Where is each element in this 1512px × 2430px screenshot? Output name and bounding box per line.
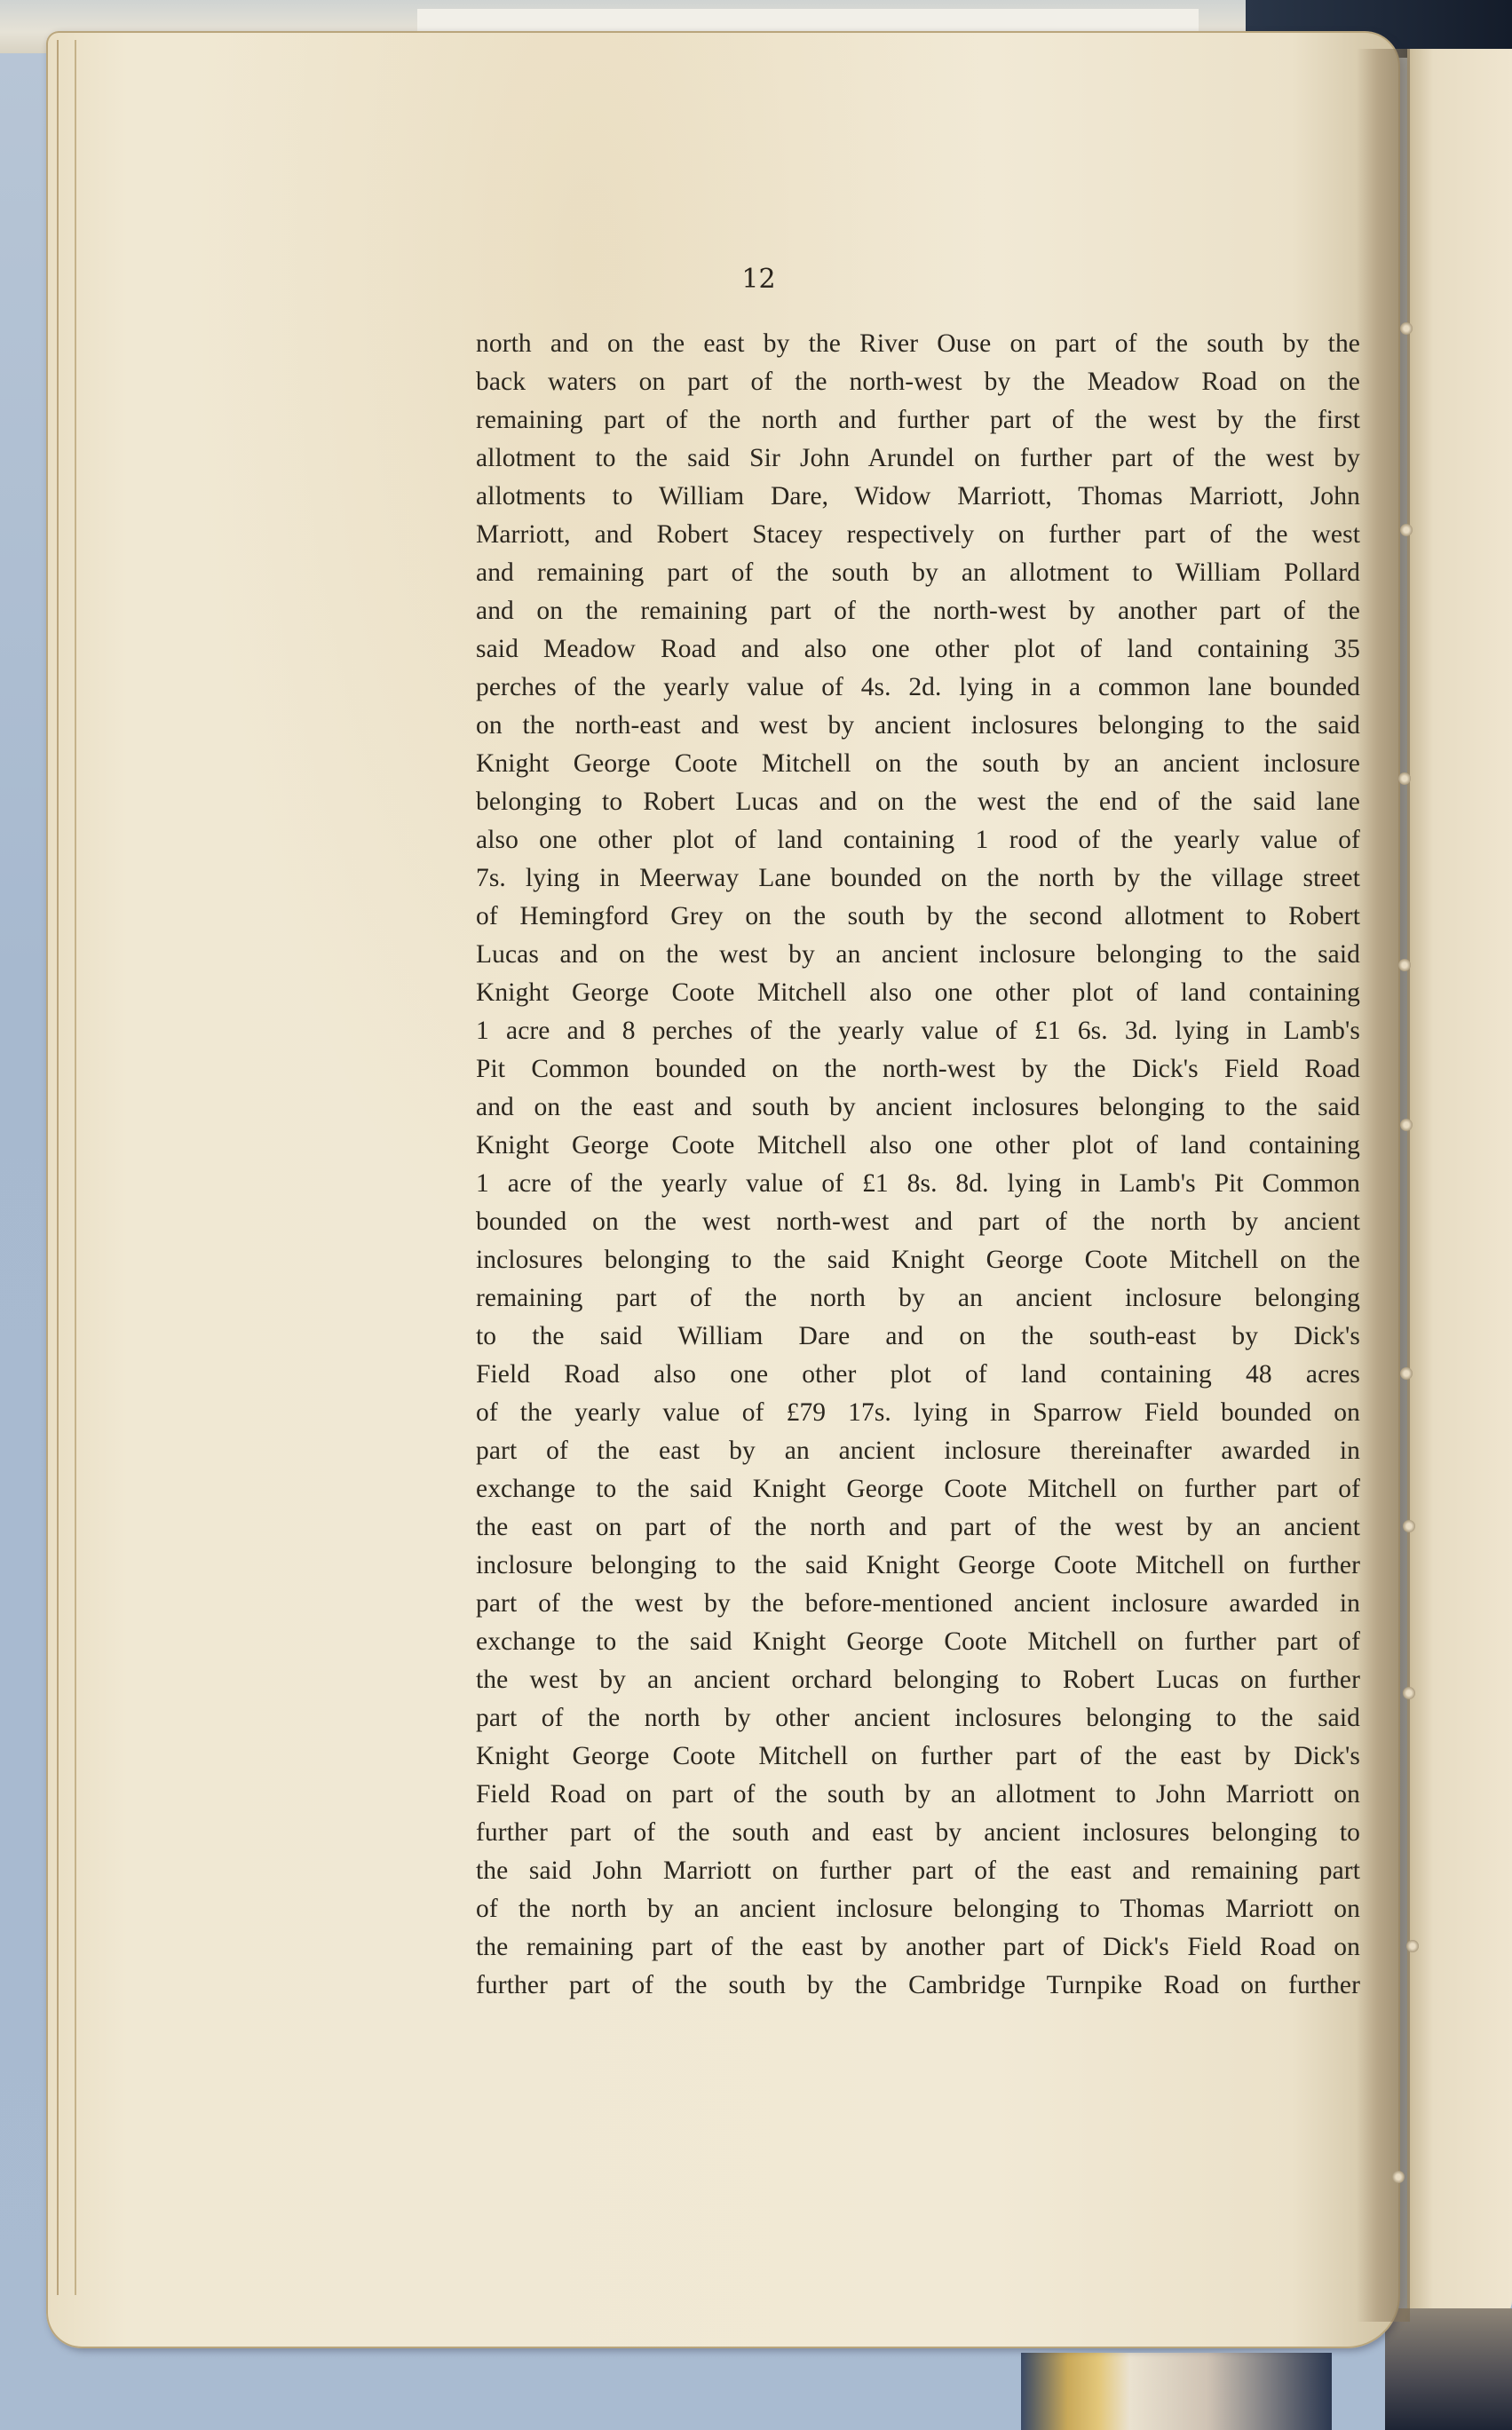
stitch-hole-icon	[1406, 1940, 1419, 1952]
gutter-shadow	[1357, 49, 1410, 2322]
text-line: 7s. lying in Meerway Lane bounded on the…	[476, 859, 1360, 898]
text-line: and on the east and south by ancient inc…	[476, 1088, 1360, 1127]
text-line: belonging to Robert Lucas and on the wes…	[476, 783, 1360, 821]
body-text: north and on the east by the River Ouse …	[476, 325, 1360, 2005]
text-line: part of the east by an ancient inclosure…	[476, 1432, 1360, 1470]
stitch-hole-icon	[1392, 2171, 1405, 2183]
text-line: part of the west by the before-mentioned…	[476, 1585, 1360, 1623]
stitch-hole-icon	[1403, 1520, 1415, 1532]
text-line: the west by an ancient orchard belonging…	[476, 1661, 1360, 1699]
text-line: Knight George Coote Mitchell on the sout…	[476, 745, 1360, 783]
text-line: the east on part of the north and part o…	[476, 1508, 1360, 1547]
text-line: north and on the east by the River Ouse …	[476, 325, 1360, 363]
text-line: allotments to William Dare, Widow Marrio…	[476, 478, 1360, 516]
text-line: exchange to the said Knight George Coote…	[476, 1623, 1360, 1661]
page-number: 12	[46, 264, 1400, 295]
text-line: Field Road on part of the south by an al…	[476, 1776, 1360, 1814]
stitch-hole-icon	[1400, 1119, 1413, 1131]
text-line: Pit Common bounded on the north-west by …	[476, 1050, 1360, 1088]
text-line: 1 acre of the yearly value of £1 8s. 8d.…	[476, 1165, 1360, 1203]
binding-bottom	[1385, 2308, 1512, 2430]
text-line: inclosures belonging to the said Knight …	[476, 1241, 1360, 1279]
adjacent-page	[1407, 49, 1512, 2317]
stitch-hole-icon	[1400, 1367, 1413, 1380]
text-line: Marriott, and Robert Stacey respectively…	[476, 516, 1360, 554]
text-line: perches of the yearly value of 4s. 2d. l…	[476, 669, 1360, 707]
stitch-hole-icon	[1403, 1687, 1415, 1699]
text-line: Lucas and on the west by an ancient incl…	[476, 936, 1360, 974]
text-line: allotment to the said Sir John Arundel o…	[476, 439, 1360, 478]
text-line: 1 acre and 8 perches of the yearly value…	[476, 1012, 1360, 1050]
text-line: said Meadow Road and also one other plot…	[476, 630, 1360, 669]
binding-threads	[1021, 2353, 1332, 2430]
text-line: also one other plot of land containing 1…	[476, 821, 1360, 859]
text-line: the remaining part of the east by anothe…	[476, 1928, 1360, 1967]
text-line: and on the remaining part of the north-w…	[476, 592, 1360, 630]
text-line: and remaining part of the south by an al…	[476, 554, 1360, 592]
stitch-hole-icon	[1400, 524, 1413, 536]
stitch-hole-icon	[1400, 322, 1413, 335]
text-line: further part of the south by the Cambrid…	[476, 1967, 1360, 2005]
text-line: to the said William Dare and on the sout…	[476, 1318, 1360, 1356]
text-line: back waters on part of the north-west by…	[476, 363, 1360, 401]
text-line: part of the north by other ancient inclo…	[476, 1699, 1360, 1737]
stitch-hole-icon	[1398, 772, 1411, 785]
text-line: remaining part of the north and further …	[476, 401, 1360, 439]
text-line: remaining part of the north by an ancien…	[476, 1279, 1360, 1318]
text-line: bounded on the west north-west and part …	[476, 1203, 1360, 1241]
text-line: of the north by an ancient inclosure bel…	[476, 1890, 1360, 1928]
text-line: Knight George Coote Mitchell also one ot…	[476, 974, 1360, 1012]
text-line: on the north-east and west by ancient in…	[476, 707, 1360, 745]
text-line: Knight George Coote Mitchell on further …	[476, 1737, 1360, 1776]
text-line: of the yearly value of £79 17s. lying in…	[476, 1394, 1360, 1432]
text-line: further part of the south and east by an…	[476, 1814, 1360, 1852]
text-line: of Hemingford Grey on the south by the s…	[476, 898, 1360, 936]
stitch-hole-icon	[1398, 959, 1411, 971]
text-line: inclosure belonging to the said Knight G…	[476, 1547, 1360, 1585]
text-line: Knight George Coote Mitchell also one ot…	[476, 1127, 1360, 1165]
text-line: the said John Marriott on further part o…	[476, 1852, 1360, 1890]
text-line: exchange to the said Knight George Coote…	[476, 1470, 1360, 1508]
text-line: Field Road also one other plot of land c…	[476, 1356, 1360, 1394]
